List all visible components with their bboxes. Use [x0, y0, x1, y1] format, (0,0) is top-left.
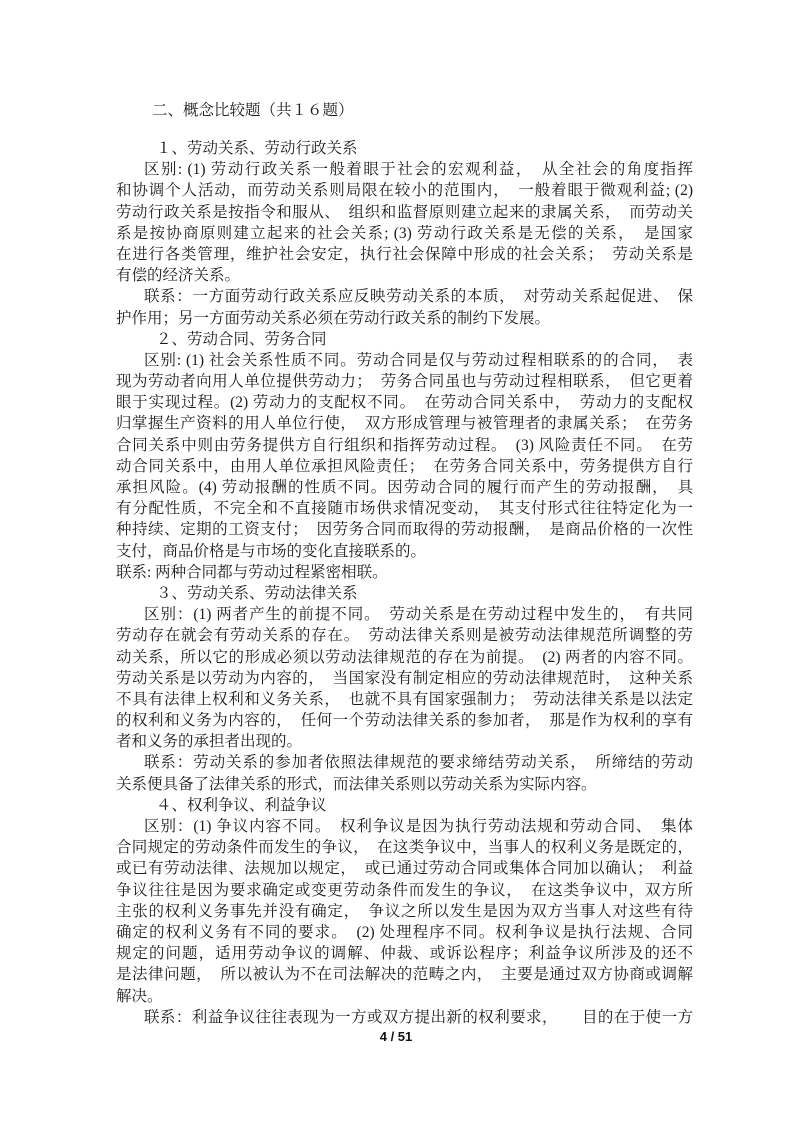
text-line: 劳动关系是以劳动为内容的， 当国家没有制定相应的劳动法律规范时， 这种关系 [116, 668, 693, 689]
text-line: 合同关系中则由劳务提供方自行组织和指挥劳动过程。 (3) 风险责任不同。 在劳 [116, 435, 693, 456]
text-line: 的权利和义务为内容的， 任何一个劳动法律关系的参加者， 那是作为权利的享有 [116, 710, 693, 731]
text-line: 关系便具备了法律关系的形式，而法律关系则以劳动关系为实际内容。 [116, 774, 693, 795]
text-line: 有偿的经济关系。 [116, 265, 693, 286]
text-line: 是法律问题， 所以被认为不在司法解决的范畴之内， 主要是通过双方协商或调解 [116, 964, 693, 985]
text-line: 争议往往是因为要求确定或变更劳动条件而发生的争议， 在这类争议中，双方所 [116, 880, 693, 901]
text-line: 解决。 [116, 986, 693, 1007]
text-line: 承担风险。(4) 劳动报酬的性质不同。因劳动合同的履行而产生的劳动报酬， 具 [116, 477, 693, 498]
text-line: 合同规定的劳动条件而发生的争议， 在这类争议中，当事人的权利义务是既定的， [116, 837, 693, 858]
text-line: 归掌握生产资料的用人单位行使， 双方形成管理与被管理者的隶属关系； 在劳务 [116, 413, 693, 434]
text-line: 劳动存在就会有劳动关系的存在。 劳动法律关系则是被劳动法律规范所调整的劳 [116, 625, 693, 646]
text-line: 者和义务的承担者出现的。 [116, 731, 693, 752]
text-line: ２、劳动合同、劳务合同 [116, 329, 693, 350]
text-line: 不具有法律上权利和义务关系， 也就不具有国家强制力； 劳动法律关系是以法定 [116, 689, 693, 710]
document-body: １、劳动关系、劳动行政关系区别: (1) 劳动行政关系一般着眼于社会的宏观利益，… [116, 138, 693, 1028]
text-line: 区别: (1) 社会关系性质不同。劳动合同是仅与劳动过程相联系的的合同， 表 [116, 350, 693, 371]
text-line: 确定的权利义务有不同的要求。 (2) 处理程序不同。权利争议是执行法规、合同 [116, 922, 693, 943]
text-line: 区别: (1) 劳动行政关系一般着眼于社会的宏观利益， 从全社会的角度指挥 [116, 159, 693, 180]
text-line: 或已有劳动法律、法规加以规定， 或已通过劳动合同或集体合同加以确认； 利益 [116, 858, 693, 879]
text-line: 有分配性质，不完全和不直接随市场供求情况变动， 其支付形式往往特定化为一 [116, 498, 693, 519]
text-line: 联系: 两种合同都与劳动过程紧密相联。 [116, 562, 693, 583]
page-title: 二、概念比较题（共１６题） [116, 100, 693, 121]
text-line: 联系：劳动关系的参加者依照法律规范的要求缔结劳动关系， 所缔结的劳动 [116, 752, 693, 773]
text-line: 种持续、定期的工资支付； 因劳务合同而取得的劳动报酬， 是商品价格的一次性 [116, 519, 693, 540]
text-line: 主张的权利义务事先并没有确定， 争议之所以发生是因为双方当事人对这些有待 [116, 901, 693, 922]
page-number: 4 / 51 [0, 1029, 792, 1044]
text-line: １、劳动关系、劳动行政关系 [116, 138, 693, 159]
text-line: 系是按协商原则建立起来的社会关系; (3) 劳动行政关系是无偿的关系， 是国家 [116, 223, 693, 244]
text-line: 联系：一方面劳动行政关系应反映劳动关系的本质， 对劳动关系起促进、 保 [116, 286, 693, 307]
text-line: 支付，商品价格是与市场的变化直接联系的。 [116, 541, 693, 562]
document-page: 二、概念比较题（共１６题） １、劳动关系、劳动行政关系区别: (1) 劳动行政关… [0, 0, 792, 1122]
text-line: 护作用；另一方面劳动关系必须在劳动行政关系的制约下发展。 [116, 308, 693, 329]
text-line: 区别：(1) 两者产生的前提不同。 劳动关系是在劳动过程中发生的， 有共同 [116, 604, 693, 625]
text-line: 眼于实现过程。(2) 劳动力的支配权不同。 在劳动合同关系中， 劳动力的支配权 [116, 392, 693, 413]
text-line: 动合同关系中，由用人单位承担风险责任； 在劳务合同关系中，劳务提供方自行 [116, 456, 693, 477]
text-line: ３、劳动关系、劳动法律关系 [116, 583, 693, 604]
text-line: 联系：利益争议往往表现为一方或双方提出新的权利要求， 目的在于使一方 [116, 1007, 693, 1028]
text-line: 现为劳动者向用人单位提供劳动力； 劳务合同虽也与劳动过程相联系， 但它更着 [116, 371, 693, 392]
text-line: 和协调个人活动，而劳动关系则局限在较小的范围内， 一般着眼于微观利益; (2) [116, 180, 693, 201]
text-line: 动关系，所以它的形成必须以劳动法律规范的存在为前提。 (2) 两者的内容不同。 [116, 647, 693, 668]
text-line: 在进行各类管理，维护社会安定，执行社会保障中形成的社会关系； 劳动关系是 [116, 244, 693, 265]
text-line: ４、权利争议、利益争议 [116, 795, 693, 816]
text-line: 劳动行政关系是按指令和服从、 组织和监督原则建立起来的隶属关系， 而劳动关 [116, 202, 693, 223]
text-line: 区别：(1) 争议内容不同。 权利争议是因为执行劳动法规和劳动合同、 集体 [116, 816, 693, 837]
text-line: 规定的问题，适用劳动争议的调解、仲裁、或诉讼程序；利益争议所涉及的还不 [116, 943, 693, 964]
